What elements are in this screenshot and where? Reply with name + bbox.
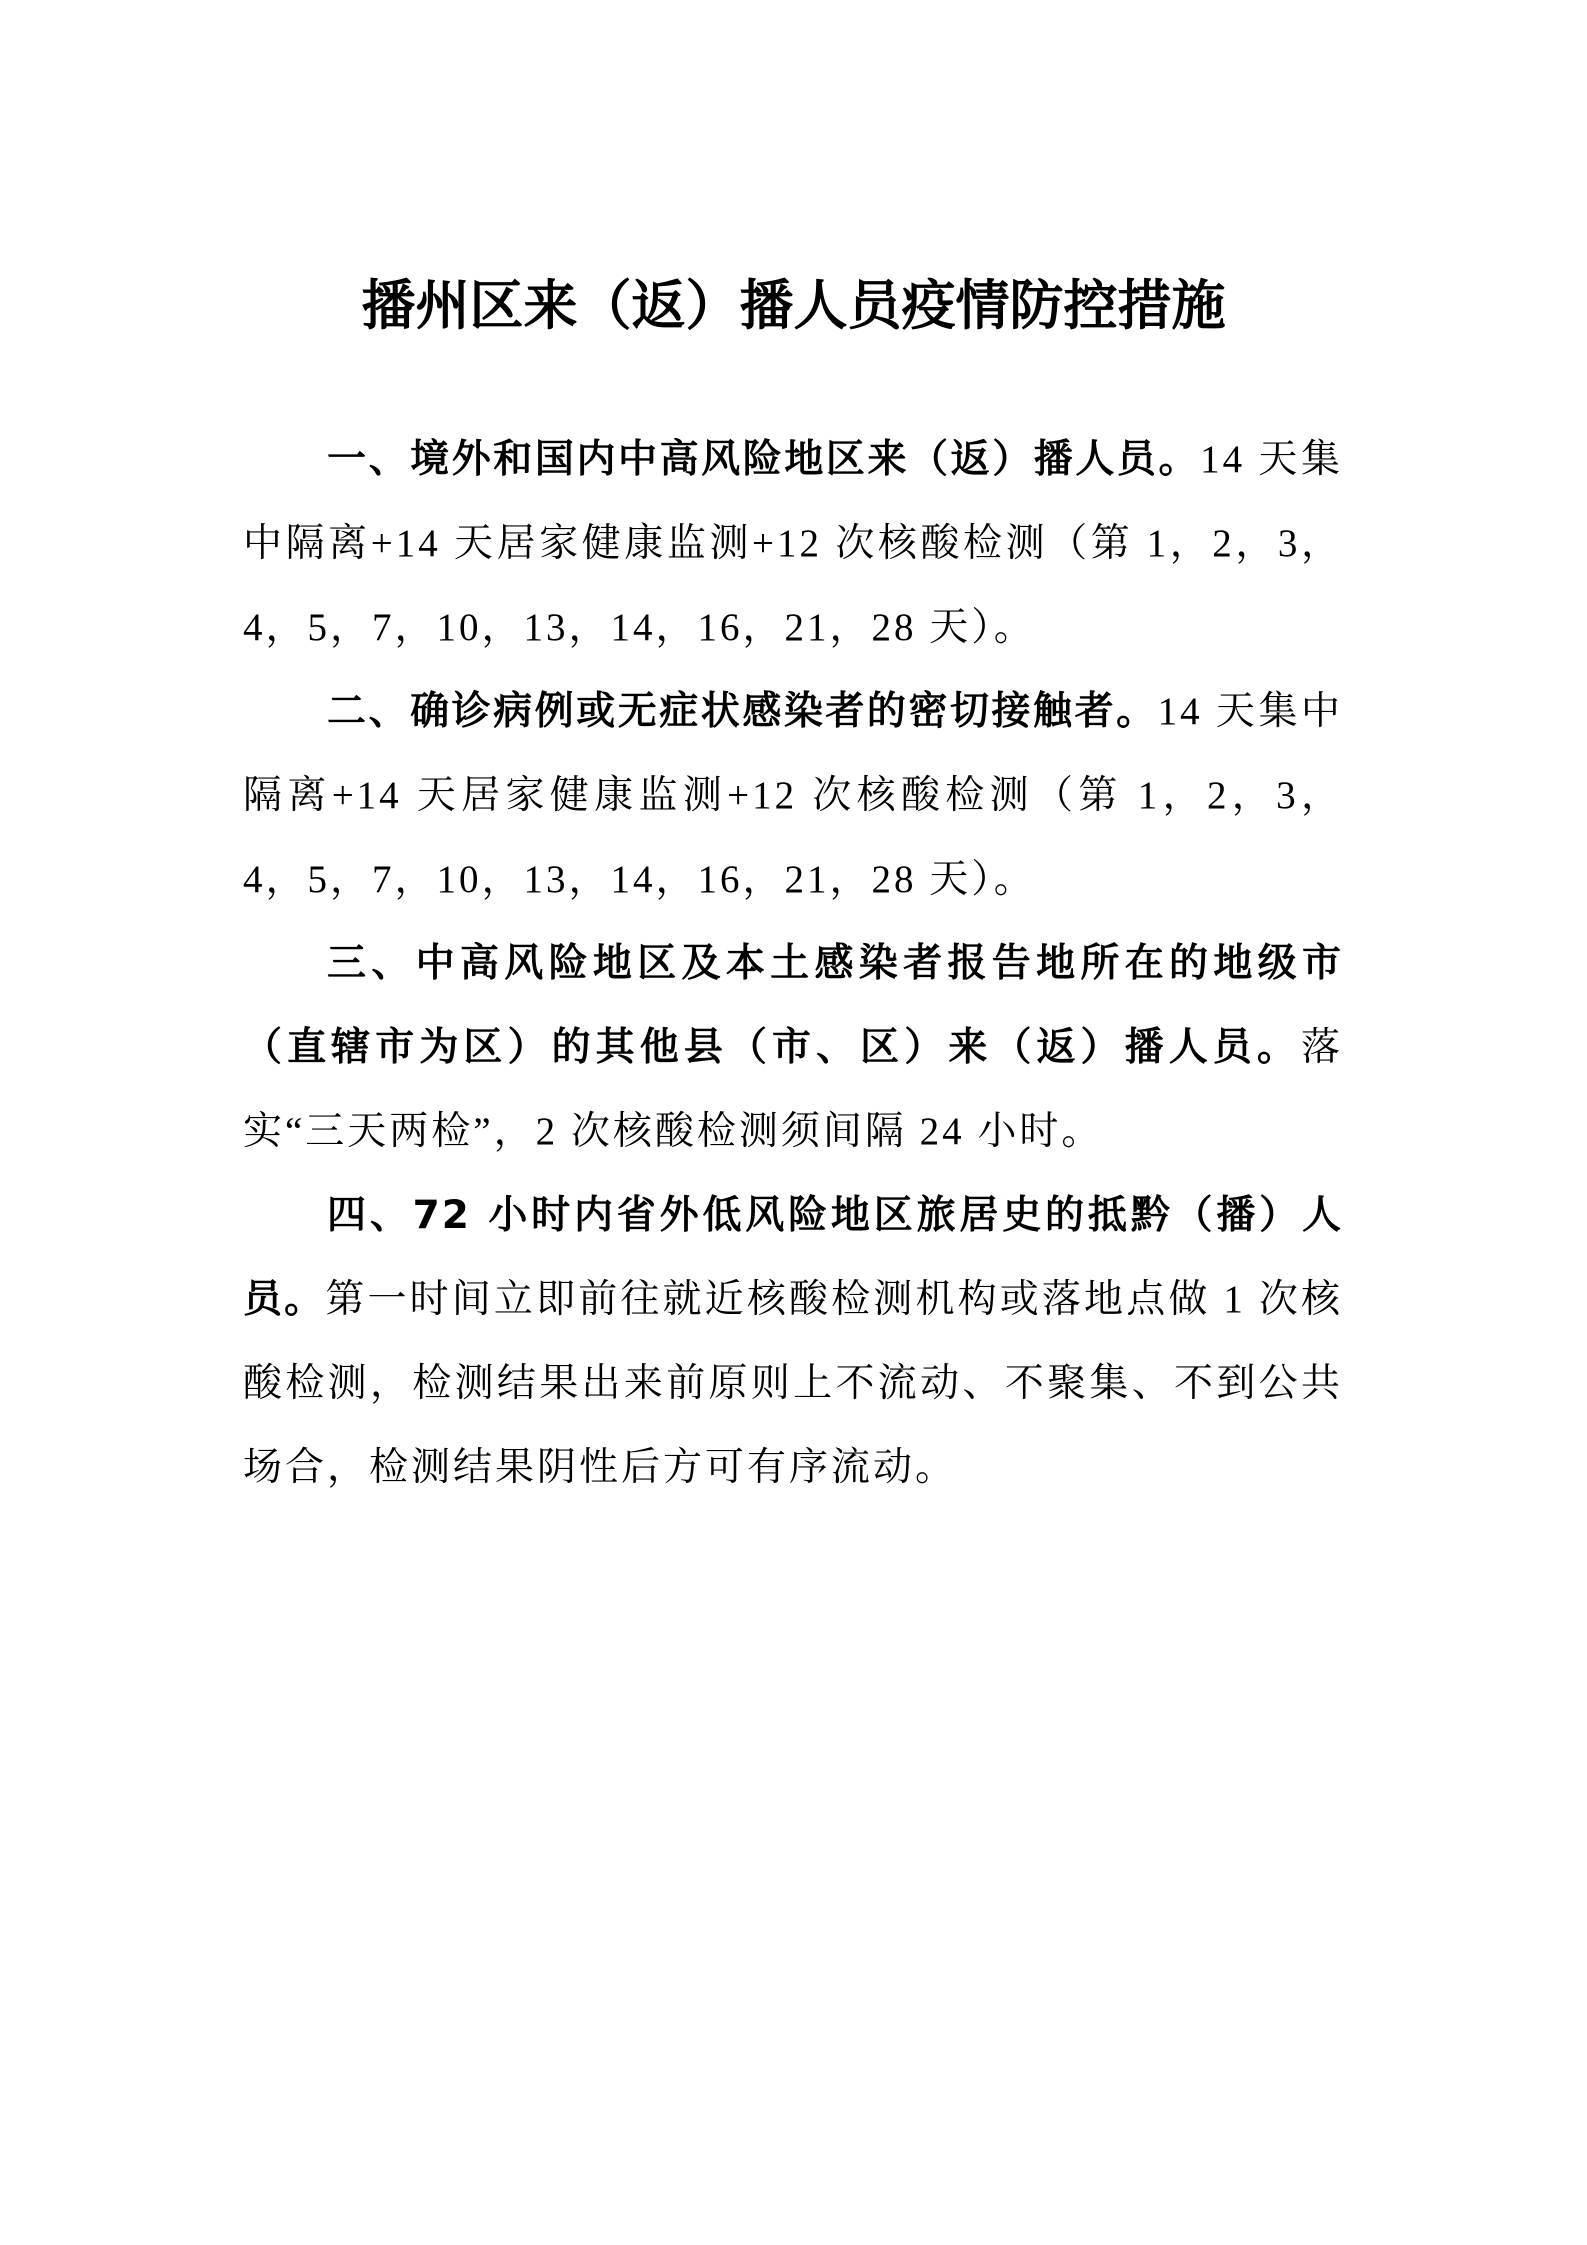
paragraph-2: 二、确诊病例或无症状感染者的密切接触者。14 天集中隔离+14 天居家健康监测+…: [243, 670, 1343, 922]
paragraph-3-heading: 三、中高风险地区及本土感染者报告地所在的地级市（直辖市为区）的其他县（市、区）来…: [243, 941, 1343, 1070]
paragraph-1-heading: 一、境外和国内中高风险地区来（返）播人员。: [327, 437, 1200, 482]
document-body: 一、境外和国内中高风险地区来（返）播人员。14 天集中隔离+14 天居家健康监测…: [243, 418, 1343, 1510]
paragraph-3: 三、中高风险地区及本土感染者报告地所在的地级市（直辖市为区）的其他县（市、区）来…: [243, 922, 1343, 1174]
document-page: 播州区来（返）播人员疫情防控措施 一、境外和国内中高风险地区来（返）播人员。14…: [0, 0, 1587, 2245]
document-title: 播州区来（返）播人员疫情防控措施: [0, 270, 1587, 340]
paragraph-4: 四、72 小时内省外低风险地区旅居史的抵黔（播）人员。第一时间立即前往就近核酸检…: [243, 1174, 1343, 1510]
paragraph-4-text: 第一时间立即前往就近核酸检测机构或落地点做 1 次核酸检测，检测结果出来前原则上…: [243, 1278, 1343, 1489]
paragraph-2-heading: 二、确诊病例或无症状感染者的密切接触者。: [327, 689, 1158, 734]
paragraph-1: 一、境外和国内中高风险地区来（返）播人员。14 天集中隔离+14 天居家健康监测…: [243, 418, 1343, 670]
